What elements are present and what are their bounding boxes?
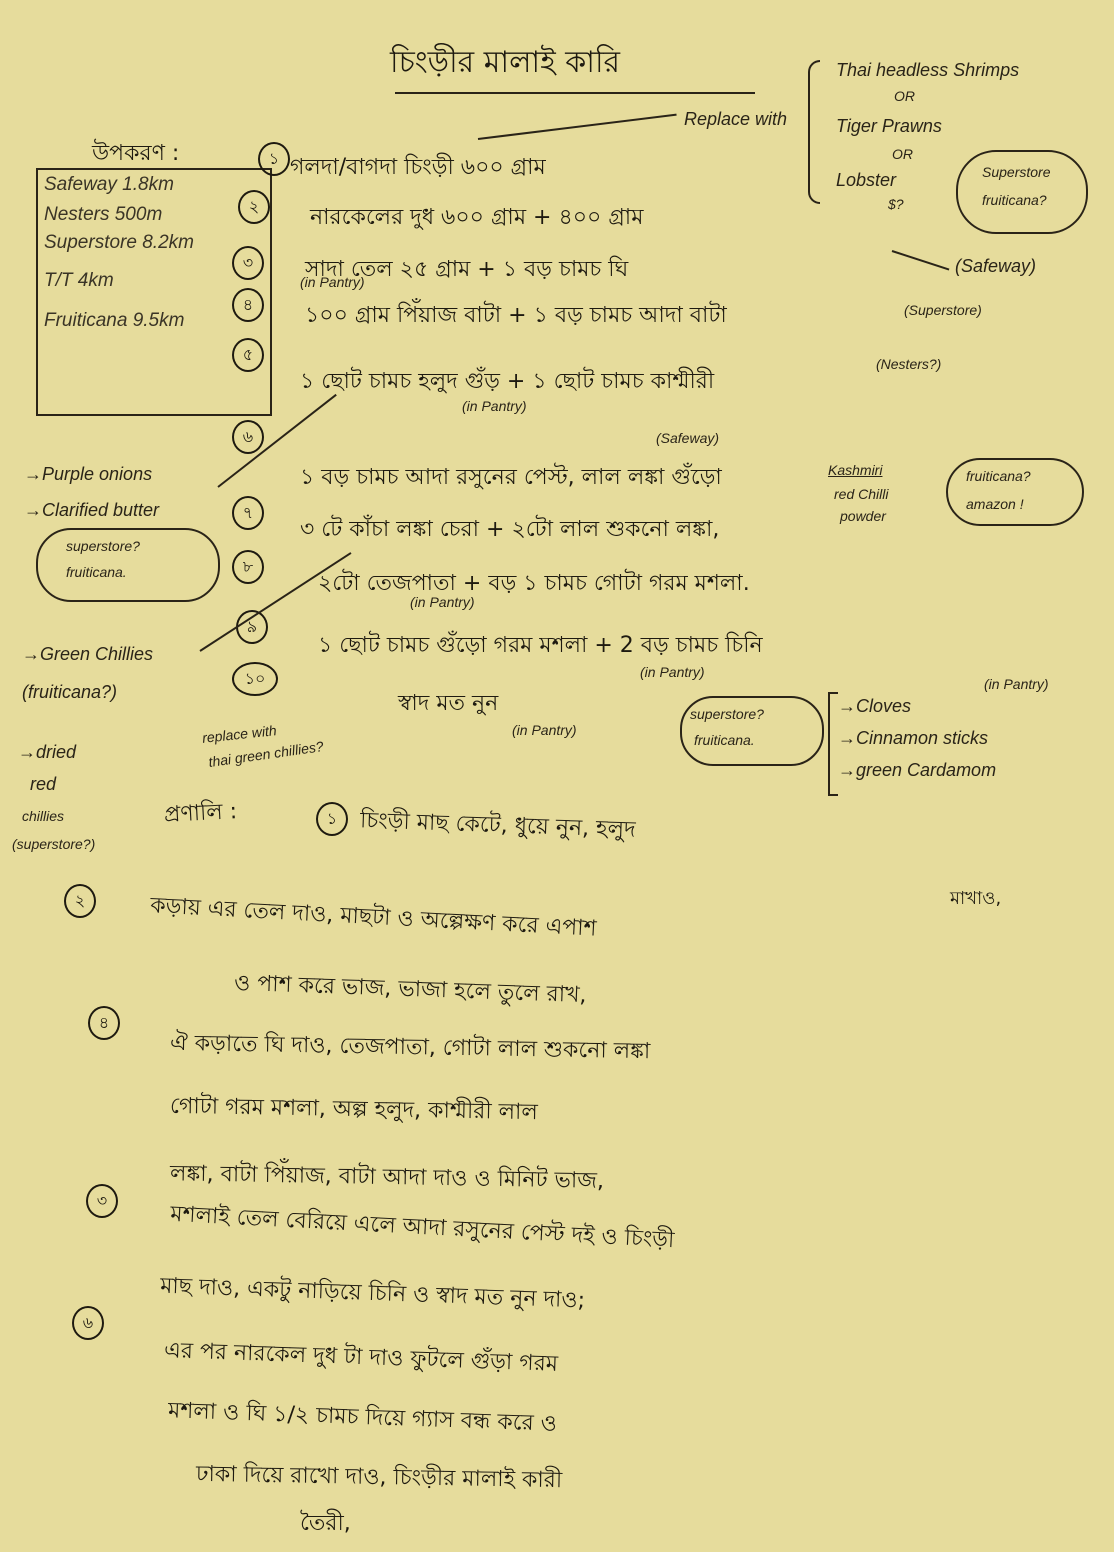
method-step-2-line1: কড়ায় এর তেল দাও, মাছটা ও অল্পেক্ষণ করে… — [149, 888, 597, 948]
ingredient-4: ১০০ গ্রাম পিঁয়াজ বাটা + ১ বড় চামচ আদা … — [305, 298, 727, 335]
page-title: চিংড়ীর মালাই কারি — [390, 38, 620, 89]
arrow-to-replace — [478, 114, 677, 140]
title-underline — [395, 92, 755, 94]
store-nesters: Nesters 500m — [38, 200, 270, 230]
shrimp-option-tiger: Tiger Prawns — [836, 116, 942, 137]
ingredient-num-4: ৪ — [232, 288, 264, 322]
dried-red-note-3: chillies — [22, 808, 64, 824]
shrimp-store-fruiticana: fruiticana? — [982, 192, 1047, 208]
replace-with-label: Replace with — [684, 108, 794, 130]
ingredient-9-note: (in Pantry) — [640, 664, 705, 680]
store-safeway: Safeway 1.8km — [38, 170, 270, 200]
shrimp-option-lobster: Lobster — [836, 170, 896, 191]
nesters-note: (Nesters?) — [876, 356, 941, 372]
method-step-1-line2: মাখাও, — [950, 884, 1001, 915]
green-chillies-note: →Green Chillies — [22, 644, 153, 665]
shrimp-store-superstore: Superstore — [982, 164, 1050, 180]
method-step-6-line3: ঢাকা দিয়ে রাখো দাও, চিংড়ীর মালাই কারী — [196, 1457, 563, 1500]
ingredient-num-8: ৮ — [232, 550, 264, 584]
method-step-6-line4: তৈরী, — [300, 1506, 351, 1543]
method-step-4-line2: গোটা গরম মশলা, অল্প হলুদ, কাশ্মীরী লাল — [170, 1089, 538, 1132]
ingredient-8-note: (in Pantry) — [410, 594, 475, 610]
kashmiri-powder: powder — [840, 508, 886, 524]
ingredient-7: ৩ টে কাঁচা লঙ্কা চেরা + ২টো লাল শুকনো লঙ… — [300, 512, 719, 549]
kashmiri-label: Kashmiri — [828, 462, 882, 478]
method-step-3-num: ৩ — [86, 1184, 118, 1218]
ingredient-num-2: ২ — [238, 190, 270, 224]
method-heading: প্রণালি : — [163, 794, 238, 835]
ingredient-num-5: ৫ — [232, 338, 264, 372]
ingredient-num-10: ১০ — [232, 662, 278, 696]
butter-store-superstore: superstore? — [66, 538, 140, 554]
ingredient-6: ১ বড় চামচ আদা রসুনের পেস্ট, লাল লঙ্কা গ… — [300, 460, 722, 497]
shrimp-or-2: OR — [892, 146, 913, 162]
ingredient-num-7: ৭ — [232, 496, 264, 530]
ingredient-9: ১ ছোট চামচ গুঁড়ো গরম মশলা + 2 বড় চামচ … — [318, 628, 763, 665]
ingredient-3-note: (in Pantry) — [300, 274, 365, 290]
shrimp-or-1: OR — [894, 88, 915, 104]
butter-store-fruiticana: fruiticana. — [66, 564, 127, 580]
dried-red-note-2: red — [30, 774, 56, 795]
clarified-butter-note: →Clarified butter — [24, 500, 159, 521]
method-step-2-line2: ও পাশ করে ভাজ, ভাজা হলে তুলে রাখ, — [233, 966, 587, 1015]
garam-store-fruiticana: fruiticana. — [694, 732, 755, 748]
method-step-4-line3: লঙ্কা, বাটা পিঁয়াজ, বাটা আদা দাও ও মিনি… — [170, 1156, 605, 1201]
method-step-4-num: ৪ — [88, 1006, 120, 1040]
ingredient-num-6: ৬ — [232, 420, 264, 454]
dried-red-note-4: (superstore?) — [12, 836, 95, 852]
replace-thai-line1: replace with — [201, 722, 277, 746]
ingredient-10-note: (in Pantry) — [512, 722, 577, 738]
arrow-to-safeway — [892, 250, 950, 270]
garam-cardamom: →green Cardamom — [838, 760, 996, 781]
kashmiri-red-chilli: red Chilli — [834, 486, 888, 502]
safeway-note: (Safeway) — [955, 256, 1036, 277]
garam-cinnamon: →Cinnamon sticks — [838, 728, 988, 749]
superstore-note: (Superstore) — [904, 302, 982, 318]
shrimp-options-bracket — [808, 60, 820, 204]
method-step-1-num: ১ — [316, 802, 348, 836]
method-step-6-num: ৬ — [72, 1306, 104, 1340]
lobster-price: $? — [888, 196, 904, 212]
ingredient-num-3: ৩ — [232, 246, 264, 280]
method-step-4-line1: ঐ কড়াতে ঘি দাও, তেজপাতা, গোটা লাল শুকনো… — [170, 1026, 651, 1071]
garam-cloves: →Cloves — [838, 696, 911, 717]
ingredient-num-1: ১ — [258, 142, 290, 176]
method-step-2-num: ২ — [64, 884, 96, 918]
dried-red-note-1: →dried — [18, 742, 76, 763]
kashmiri-store-fruiticana: fruiticana? — [966, 468, 1031, 484]
ingredient-9-note2: (in Pantry) — [984, 676, 1049, 692]
ingredient-8: ২টো তেজপাতা + বড় ১ চামচ গোটা গরম মশলা. — [318, 566, 750, 603]
safeway-note-2: (Safeway) — [656, 430, 719, 446]
green-chillies-store: (fruiticana?) — [22, 682, 117, 703]
ingredient-2: নারকেলের দুধ ৬০০ গ্রাম + ৪০০ গ্রাম — [310, 200, 643, 237]
ingredient-1: গলদা/বাগদা চিংড়ী ৬০০ গ্রাম — [290, 150, 546, 187]
method-step-3-line1: মশলাই তেল বেরিয়ে এলে আদা রসুনের পেস্ট দ… — [169, 1197, 675, 1260]
method-step-1-line1: চিংড়ী মাছ কেটে, ধুয়ে নুন, হলুদ — [359, 803, 636, 850]
ingredient-5-note: (in Pantry) — [462, 398, 527, 414]
method-step-6-line2: মশলা ও ঘি ১/২ চামচ দিয়ে গ্যাস বন্ধ করে … — [167, 1393, 557, 1444]
purple-onions-note: →Purple onions — [24, 464, 152, 485]
ingredient-10: স্বাদ মত নুন — [398, 686, 498, 723]
kashmiri-store-amazon: amazon ! — [966, 496, 1024, 512]
garam-items-bracket — [828, 692, 838, 796]
method-step-6-line1: এর পর নারকেল দুধ টা দাও ফুটলে গুঁড়া গরম — [163, 1333, 558, 1384]
method-step-3-line2: মাছ দাও, একটু নাড়িয়ে চিনি ও স্বাদ মত ন… — [159, 1269, 585, 1321]
ingredient-5: ১ ছোট চামচ হলুদ গুঁড় + ১ ছোট চামচ কাশ্ম… — [300, 364, 714, 401]
shrimp-option-thai: Thai headless Shrimps — [836, 60, 1019, 81]
garam-store-superstore: superstore? — [690, 706, 764, 722]
